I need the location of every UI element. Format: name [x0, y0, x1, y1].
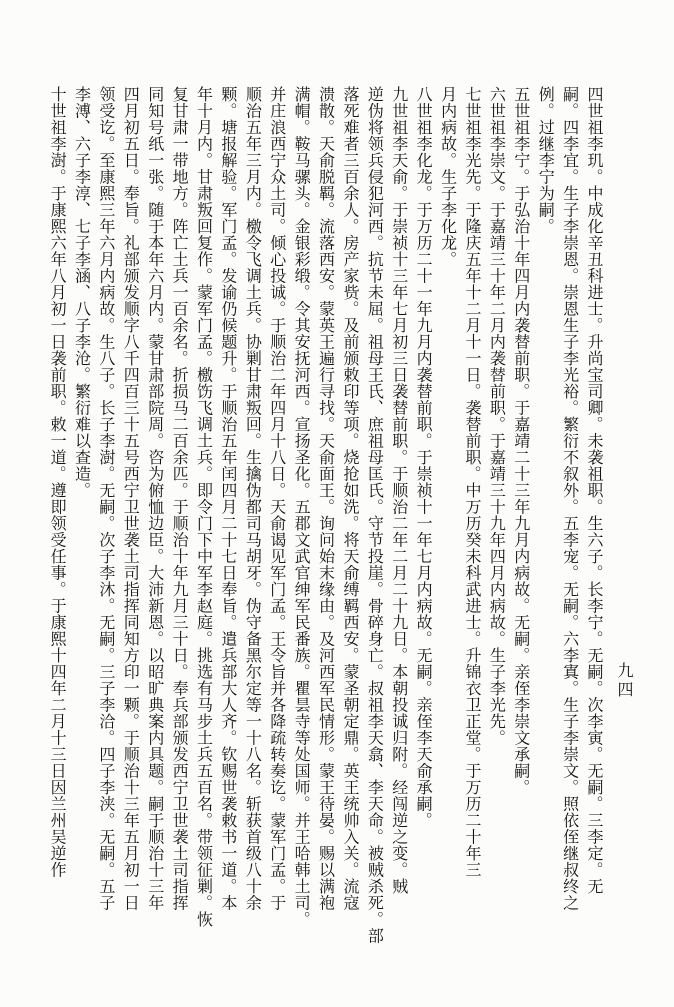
text-column-19: 同知号纸一张。随于本年六月内。蒙甘肃部院周。咨为俯恤边臣。大沛新恩。以昭旷典案内… [142, 86, 166, 972]
text-column-12: 溃散。天俞脱羁。流落西安。蒙英王遍行寻找。天俞面王。询问始末缘由。及河西军民情形… [313, 86, 337, 972]
text-column-20: 四月初五日。奉旨。礼部颁发顺字八千四百三十五号西宁卫世袭土司指挥同知方印一颗。于… [118, 86, 142, 972]
text-column-22: 李溥、六子李淳、七子李涵、八子李沧。繁衍难以查造。 [69, 86, 93, 972]
text-column-17: 年十月内。甘肃叛回复作。蒙军门孟。檄饬飞调土兵。即令门下中军李赵庭。挑选有马步土… [191, 86, 215, 972]
text-column-13: 满帽。鞍马骡头。金银彩缎。令其安抚河西。宣扬圣化。五郡文武官绅军民番族。瞿昙寺等… [289, 86, 313, 972]
text-column-23: 十世祖李澍。于康熙六年八月初一日袭前职。敕一道。遵即领受任事。于康熙十四年二月十… [45, 86, 69, 972]
text-column-3: 例。过继李宁为嗣。 [533, 86, 557, 972]
text-column-2: 嗣。四李宜。生子李崇恩。崇恩生子李光裕。繁衍不叙外。五李宠。无嗣。六李寘。生子李… [557, 86, 581, 972]
text-column-9: 九世祖李天俞。于崇祯十三年七月初三日袭替前职。于顺治二年二月二十九日。本朝投诚归… [386, 86, 410, 972]
book-page: 九四 四世祖李玑。中成化辛丑科进士。升尚宝司卿。未袭祖职。生六子。长李宁。无嗣。… [0, 0, 674, 1007]
text-column-4: 五世祖李宁。于弘治十年四月内袭替前职。于嘉靖二十三年九月内病故。无嗣。亲侄李崇文… [508, 86, 532, 972]
text-column-11: 落死难者三百余人。房产家赀。及前颁敕印等项。烧抢如洗。将天俞缚羁西安。蒙圣朝定鼎… [338, 86, 362, 972]
genealogy-text: 四世祖李玑。中成化辛丑科进士。升尚宝司卿。未袭祖职。生六子。长李宁。无嗣。次李寅… [45, 86, 606, 976]
text-column-15: 顺治五年三月内。檄令飞调土兵。协剿甘肃叛回。生擒伪都司马胡牙。伪守备黑尔定等一十… [240, 86, 264, 972]
text-column-7: 月内病故。生子李化龙。 [435, 86, 459, 972]
text-column-21: 领受讫。至康熙三年六月内病故。生八子。长子李澍。无嗣。次子李沐。无嗣。三子李洽。… [93, 86, 117, 972]
text-column-18: 复甘肃一带地方。阵亡土兵一百余名。折损马二百余匹。于顺治十年九月三十日。奉兵部颁… [167, 86, 191, 972]
text-column-5: 六世祖李崇文。于嘉靖三十年二月内袭替前职。于嘉靖三十九年四月内病故。生子李光先。 [484, 86, 508, 972]
page-number: 九四 [613, 662, 636, 700]
text-column-16: 颗。塘报解验。军门孟。发谕仍候题升。于顺治五年闰四月二十七日奉旨。遣兵部大人齐。… [216, 86, 240, 972]
text-column-10: 逆伪将领兵侵犯河西。抗节未屈。祖母王氏、庶祖母匡氏。守节投崖。骨碎身亡。叔祖李天… [362, 86, 386, 972]
text-column-8: 八世祖李化龙。于万历二十一年九月内袭替前职。于崇祯十一年七月内病故。无嗣。亲侄李… [411, 86, 435, 972]
text-column-1: 四世祖李玑。中成化辛丑科进士。升尚宝司卿。未袭祖职。生六子。长李宁。无嗣。次李寅… [582, 86, 606, 972]
text-column-14: 并庄浪西宁众土司。倾心投诚。于顺治二年四月十八日。天俞谒见军门孟。王令旨并各降疏… [264, 86, 288, 972]
text-column-6: 七世祖李光先。于隆庆五年十二月十一日。袭替前职。中万历癸未科武进士。升锦衣卫正堂… [460, 86, 484, 972]
